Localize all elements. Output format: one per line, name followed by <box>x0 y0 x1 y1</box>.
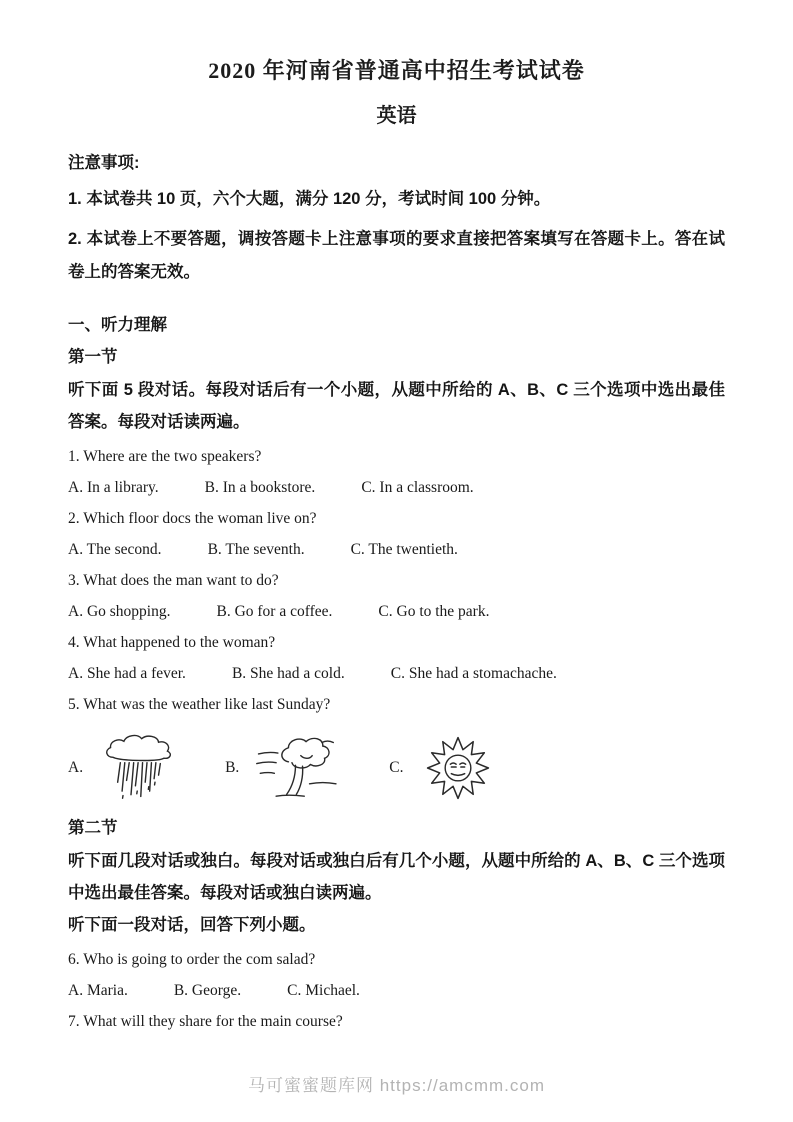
weather-option-c-label: C. <box>389 759 403 777</box>
question-5-text: 5. What was the weather like last Sunday… <box>68 689 725 720</box>
sunny-weather-icon <box>420 728 496 808</box>
question-4-text: 4. What happened to the woman? <box>68 627 725 658</box>
notice-item-1: 1. 本试卷共 10 页，六个大题，满分 120 分，考试时间 100 分钟。 <box>68 183 725 216</box>
question-3-option-c: C. Go to the park. <box>378 596 489 627</box>
weather-option-c: C. <box>389 728 495 808</box>
exam-page: 2020 年河南省普通高中招生考试试卷 英语 注意事项: 1. 本试卷共 10 … <box>0 0 793 1122</box>
notice-item-2: 2. 本试卷上不要答题，调按答题卡上注意事项的要求直接把答案填写在答题卡上。答在… <box>68 223 725 289</box>
weather-option-a: A. <box>68 727 179 809</box>
section-listening-heading: 一、听力理解 <box>68 311 725 339</box>
question-3-option-a: A. Go shopping. <box>68 596 170 627</box>
question-1-options: A. In a library. B. In a bookstore. C. I… <box>68 472 725 503</box>
question-6-options: A. Maria. B. George. C. Michael. <box>68 975 725 1006</box>
part2-instructions: 听下面几段对话或独白。每段对话或独白后有几个小题，从题中所给的 A、B、C 三个… <box>68 845 725 909</box>
document-title: 2020 年河南省普通高中招生考试试卷 <box>68 56 725 86</box>
question-4-option-a: A. She had a fever. <box>68 658 186 689</box>
question-3-option-b: B. Go for a coffee. <box>216 596 332 627</box>
question-1-option-a: A. In a library. <box>68 472 159 503</box>
windy-weather-icon <box>255 732 343 804</box>
question-2-text: 2. Which floor docs the woman live on? <box>68 503 725 534</box>
part1-heading: 第一节 <box>68 343 725 371</box>
subject-title: 英语 <box>68 102 725 130</box>
part2-questions: 6. Who is going to order the com salad? … <box>68 944 725 1037</box>
rainy-weather-icon <box>99 727 179 809</box>
question-3-options: A. Go shopping. B. Go for a coffee. C. G… <box>68 596 725 627</box>
question-6-option-c: C. Michael. <box>287 975 360 1006</box>
weather-option-b: B. <box>225 732 343 804</box>
weather-option-b-label: B. <box>225 759 239 777</box>
question-6-text: 6. Who is going to order the com salad? <box>68 944 725 975</box>
question-2-option-a: A. The second. <box>68 534 162 565</box>
question-2-option-b: B. The seventh. <box>208 534 305 565</box>
question-5-weather-options: A. <box>68 726 725 810</box>
question-2-option-c: C. The twentieth. <box>351 534 458 565</box>
question-6-option-a: A. Maria. <box>68 975 128 1006</box>
question-1-option-b: B. In a bookstore. <box>205 472 316 503</box>
part1-questions: 1. Where are the two speakers? A. In a l… <box>68 441 725 720</box>
watermark-text: 马可蜜蜜题库网 https://amcmm.com <box>248 1076 545 1095</box>
question-3-text: 3. What does the man want to do? <box>68 565 725 596</box>
question-4-options: A. She had a fever. B. She had a cold. C… <box>68 658 725 689</box>
question-4-option-b: B. She had a cold. <box>232 658 345 689</box>
part1-instructions: 听下面 5 段对话。每段对话后有一个小题，从题中所给的 A、B、C 三个选项中选… <box>68 374 725 438</box>
part2-sub-instruction: 听下面一段对话，回答下列小题。 <box>68 909 725 941</box>
part2-heading: 第二节 <box>68 814 725 842</box>
notice-heading: 注意事项: <box>68 150 725 176</box>
watermark-footer: 马可蜜蜜题库网 https://amcmm.com <box>0 1071 793 1096</box>
question-1-option-c: C. In a classroom. <box>361 472 473 503</box>
question-7-text: 7. What will they share for the main cou… <box>68 1006 725 1037</box>
question-6-option-b: B. George. <box>174 975 241 1006</box>
question-1-text: 1. Where are the two speakers? <box>68 441 725 472</box>
question-4-option-c: C. She had a stomachache. <box>391 658 557 689</box>
weather-option-a-label: A. <box>68 759 83 777</box>
question-2-options: A. The second. B. The seventh. C. The tw… <box>68 534 725 565</box>
